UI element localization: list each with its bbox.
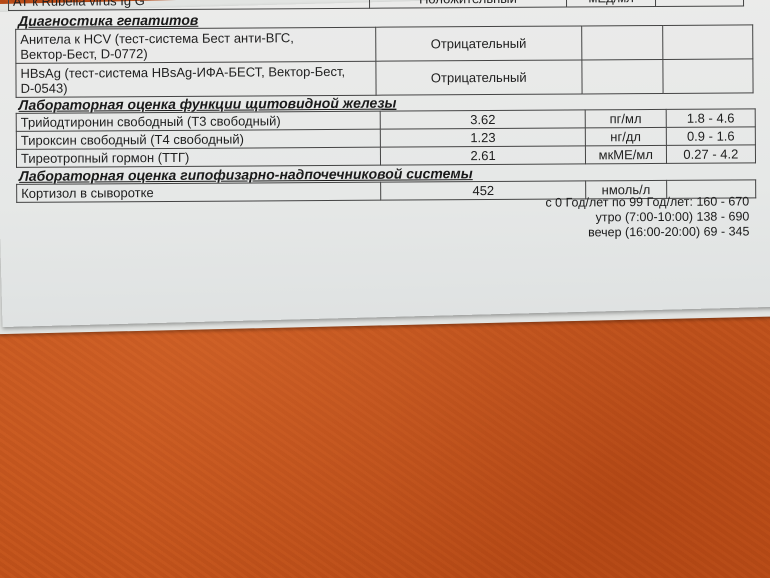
test-result: Отрицательный bbox=[376, 26, 582, 61]
test-name: Анитела к HCV (тест-система Бест анти-ВГ… bbox=[16, 27, 376, 63]
test-name-line: HBsAg (тест-система HBsAg-ИФА-БЕСТ, Вект… bbox=[20, 63, 371, 80]
table-row: Анитела к HCV (тест-система Бест анти-ВГ… bbox=[16, 25, 753, 64]
test-name: Тиреотропный гормон (ТТГ) bbox=[16, 147, 381, 167]
test-reference bbox=[663, 59, 753, 94]
test-result: 2.61 bbox=[381, 146, 585, 165]
thyroid-table: Трийодтиронин свободный (Т3 свободный) 3… bbox=[16, 108, 756, 168]
test-reference: 1.8 - 4.6 bbox=[666, 109, 755, 128]
test-name-line: Вектор-Бест, D-0772) bbox=[20, 44, 371, 61]
test-unit: нг/дл bbox=[585, 127, 666, 145]
table-row: Тиреотропный гормон (ТТГ) 2.61 мкМЕ/мл 0… bbox=[16, 145, 755, 168]
test-result: Отрицательный bbox=[376, 60, 582, 95]
reference-note: вечер (16:00-20:00) 69 - 345 bbox=[588, 224, 749, 239]
section-title-hepatitis: Диагностика гепатитов bbox=[18, 12, 198, 29]
test-unit: пг/мл bbox=[585, 109, 666, 127]
test-reference bbox=[655, 0, 743, 6]
test-name: Кортизол в сыворотке bbox=[17, 182, 382, 202]
test-name: HBsAg (тест-система HBsAg-ИФА-БЕСТ, Вект… bbox=[16, 61, 376, 97]
test-name-line: D-0543) bbox=[20, 78, 371, 95]
table-row: HBsAg (тест-система HBsAg-ИФА-БЕСТ, Вект… bbox=[16, 59, 753, 98]
test-unit bbox=[581, 59, 663, 93]
test-unit bbox=[581, 25, 663, 59]
test-name: Тироксин свободный (Т4 свободный) bbox=[16, 129, 381, 149]
test-name: АТ к Rubella virus Ig G bbox=[8, 0, 369, 10]
test-reference bbox=[663, 25, 753, 60]
test-reference: 0.27 - 4.2 bbox=[666, 145, 755, 164]
test-result: Положительный bbox=[369, 0, 567, 8]
test-unit: мкМЕ/мл bbox=[585, 145, 666, 163]
test-reference: 0.9 - 1.6 bbox=[666, 127, 755, 146]
hepatitis-table: Анитела к HCV (тест-система Бест анти-ВГ… bbox=[15, 24, 753, 98]
test-result: 3.62 bbox=[381, 110, 585, 129]
reference-note: утро (7:00-10:00) 138 - 690 bbox=[596, 209, 750, 224]
test-result: 1.23 bbox=[381, 128, 585, 147]
test-name: Трийодтиронин свободный (Т3 свободный) bbox=[16, 111, 381, 131]
test-unit: мЕд/мл bbox=[567, 0, 656, 7]
reference-note: с 0 Год/лет по 99 Год/лет: 160 - 670 bbox=[545, 194, 749, 209]
